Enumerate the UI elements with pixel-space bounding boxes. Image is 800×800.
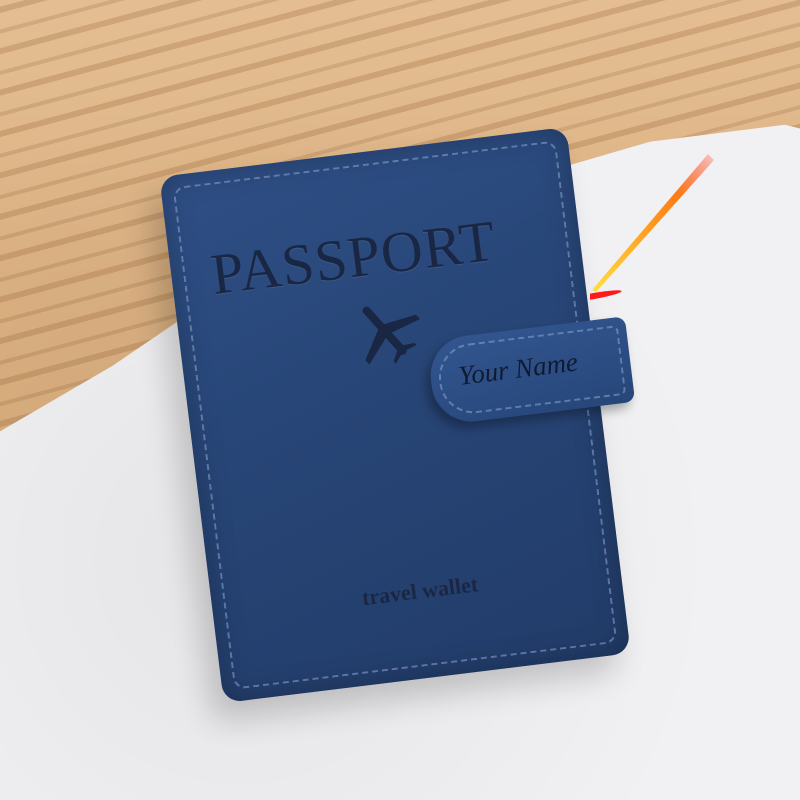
passport-wallet: PASSPORT travel wallet Your Name	[159, 127, 631, 703]
airplane-icon	[341, 291, 429, 370]
product-photo: PASSPORT travel wallet Your Name	[0, 0, 800, 800]
laser-beam-icon	[590, 150, 720, 300]
